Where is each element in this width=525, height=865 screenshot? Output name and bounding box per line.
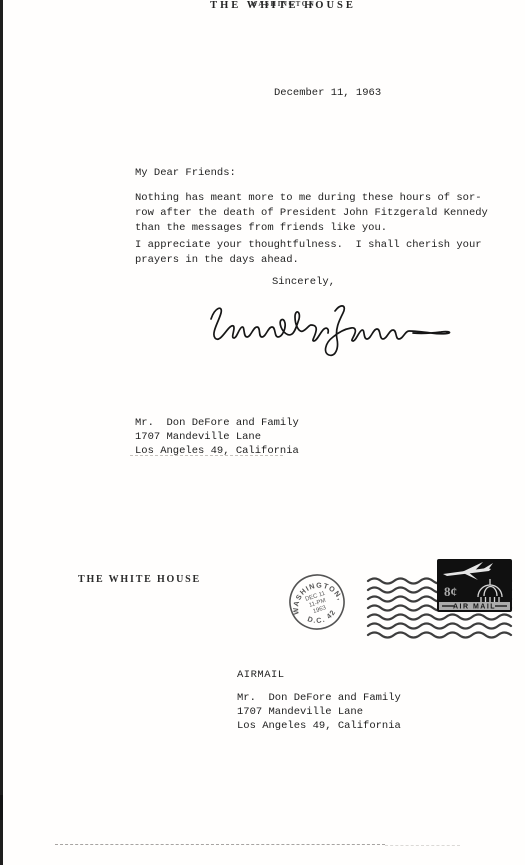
airmail-stamp: 8¢ AIR MAIL <box>437 559 512 612</box>
letter-paragraph-1: Nothing has meant more to me during thes… <box>135 191 495 236</box>
salutation: My Dear Friends: <box>135 166 236 181</box>
envelope-recipient-address: Mr. Don DeFore and Family 1707 Mandevill… <box>237 691 401 733</box>
airmail-label: AIRMAIL <box>237 668 285 683</box>
envelope-return-address: THE WHITE HOUSE <box>78 574 201 585</box>
recipient-line-1: Mr. Don DeFore and Family <box>135 417 299 431</box>
postmark-stamp: WASHINGTON, D.C. 42 DEC 11 11-PM 1963 <box>284 569 350 635</box>
envelope-recipient-line-1: Mr. Don DeFore and Family <box>237 691 401 705</box>
signature-lyndon-b-johnson <box>203 299 453 361</box>
recipient-line-3: Los Angeles 49, California <box>135 445 299 459</box>
letter-paragraph-2: I appreciate your thoughtfulness. I shal… <box>135 238 495 268</box>
scan-smudge <box>0 795 3 820</box>
envelope-bottom-edge-line <box>55 844 385 845</box>
letter-recipient-address: Mr. Don DeFore and Family 1707 Mandevill… <box>135 417 299 458</box>
envelope-bottom-edge-line-faint <box>385 845 460 846</box>
scan-edge-artifact <box>0 0 3 865</box>
letter-date: December 11, 1963 <box>274 86 381 101</box>
closing: Sincerely, <box>272 275 335 290</box>
recipient-line-2: 1707 Mandeville Lane <box>135 431 299 445</box>
envelope-recipient-line-3: Los Angeles 49, California <box>237 719 401 733</box>
stamp-caption: AIR MAIL <box>453 604 496 611</box>
stamp-denomination: 8¢ <box>444 584 457 599</box>
letterhead-subtitle: WASHINGTON <box>0 0 525 8</box>
scanned-letter-page: THE WHITE HOUSE WASHINGTON December 11, … <box>0 0 525 865</box>
envelope-recipient-line-2: 1707 Mandeville Lane <box>237 705 401 719</box>
